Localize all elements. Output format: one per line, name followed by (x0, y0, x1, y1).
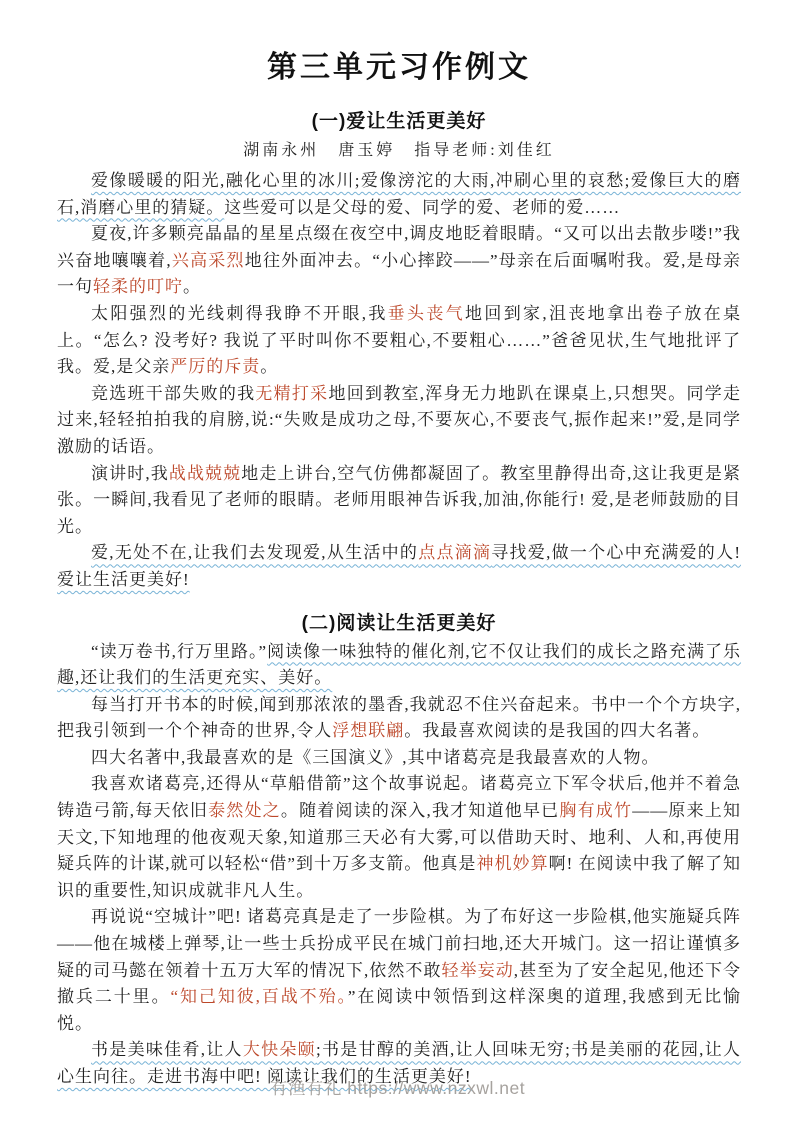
highlighted-phrase: 泰然处之 (208, 801, 281, 820)
paragraph: 夏夜,许多颗亮晶晶的星星点缀在夜空中,调皮地眨着眼睛。“又可以出去散步喽!”我兴… (57, 221, 741, 301)
paragraph: 太阳强烈的光线刺得我睁不开眼,我垂头丧气地回到家,沮丧地拿出卷子放在桌上。“怎么… (57, 301, 741, 381)
highlighted-phrase: 胸有成竹 (559, 801, 632, 820)
paragraph: 四大名著中,我最喜欢的是《三国演义》,其中诸葛亮是我最喜欢的人物。 (57, 745, 741, 772)
page-title: 第三单元习作例文 (57, 42, 741, 86)
section-heading: (二)阅读让生活更美好 (57, 608, 741, 635)
text-run: “读万卷书,行万里路。” (91, 642, 267, 661)
text-run: 书是美味佳肴,让人 (91, 1040, 243, 1059)
paragraph: 爱像暖暖的阳光,融化心里的冰川;爱像滂沱的大雨,冲刷心里的哀愁;爱像巨大的磨石,… (57, 168, 741, 221)
text-run: 演讲时,我 (91, 464, 169, 483)
highlighted-phrase: 轻举妄动 (442, 961, 514, 980)
author-byline: 湖南永州 唐玉婷 指导老师:刘佳红 (57, 137, 741, 160)
highlighted-phrase: 大快朵颐 (243, 1040, 316, 1059)
text-run: 。随着阅读的深入,我才知道他早已 (281, 801, 560, 820)
text-run: 。 (260, 357, 278, 376)
highlighted-phrase: 浮想联翩 (332, 721, 404, 740)
highlighted-phrase: “知己知彼,百战不殆。 (171, 987, 348, 1006)
highlighted-phrase: 轻柔的叮咛 (93, 277, 183, 296)
document-page: 第三单元习作例文 (一)爱让生活更美好湖南永州 唐玉婷 指导老师:刘佳红爱像暖暖… (0, 0, 795, 1122)
paragraph: 爱,无处不在,让我们去发现爱,从生活中的点点滴滴寻找爱,做一个心中充满爱的人! … (57, 540, 741, 593)
footer-watermark: 有渔有礼 https://www.nzxwl.net (0, 1075, 795, 1100)
highlighted-phrase: 点点滴滴 (418, 543, 491, 562)
paragraph: 再说说“空城计”吧! 诸葛亮真是走了一步险棋。为了布好这一步险棋,他实施疑兵阵—… (57, 904, 741, 1037)
text-run: 。我最喜欢阅读的是我国的四大名著。 (404, 721, 710, 740)
essay-section-2: (二)阅读让生活更美好“读万卷书,行万里路。”阅读像一味独特的催化剂,它不仅让我… (57, 608, 741, 1091)
highlighted-phrase: 无精打采 (255, 384, 328, 403)
highlighted-phrase: 兴高采烈 (172, 251, 245, 270)
section-heading: (一)爱让生活更美好 (57, 106, 741, 133)
highlighted-phrase: 神机妙算 (476, 854, 548, 873)
text-run: 这些爱可以是父母的爱、同学的爱、老师的爱…… (224, 198, 620, 217)
text-run: 竞选班干部失败的我 (91, 384, 255, 403)
text-run: 爱,无处不在,让我们去发现爱,从生活中的 (91, 543, 418, 562)
text-run: 太阳强烈的光线刺得我睁不开眼,我 (91, 304, 388, 323)
text-run: 。 (183, 277, 201, 296)
paragraph: 演讲时,我战战兢兢地走上讲台,空气仿佛都凝固了。教室里静得出奇,这让我更是紧张。… (57, 461, 741, 541)
paragraph: 我喜欢诸葛亮,还得从“草船借箭”这个故事说起。诸葛亮立下军令状后,他并不着急铸造… (57, 771, 741, 904)
highlighted-phrase: 垂头丧气 (388, 304, 465, 323)
document-body: (一)爱让生活更美好湖南永州 唐玉婷 指导老师:刘佳红爱像暖暖的阳光,融化心里的… (57, 106, 741, 1091)
text-run: 四大名著中,我最喜欢的是《三国演义》,其中诸葛亮是我最喜欢的人物。 (91, 748, 660, 767)
paragraph: 竞选班干部失败的我无精打采地回到教室,浑身无力地趴在课桌上,只想哭。同学走过来,… (57, 381, 741, 461)
highlighted-phrase: 严厉的斥责 (170, 357, 260, 376)
essay-section-1: (一)爱让生活更美好湖南永州 唐玉婷 指导老师:刘佳红爱像暖暖的阳光,融化心里的… (57, 106, 741, 594)
highlighted-phrase: 战战兢兢 (169, 464, 241, 483)
paragraph: 每当打开书本的时候,闻到那浓浓的墨香,我就忍不住兴奋起来。书中一个个方块字,把我… (57, 692, 741, 745)
paragraph: “读万卷书,行万里路。”阅读像一味独特的催化剂,它不仅让我们的成长之路充满了乐趣… (57, 639, 741, 692)
